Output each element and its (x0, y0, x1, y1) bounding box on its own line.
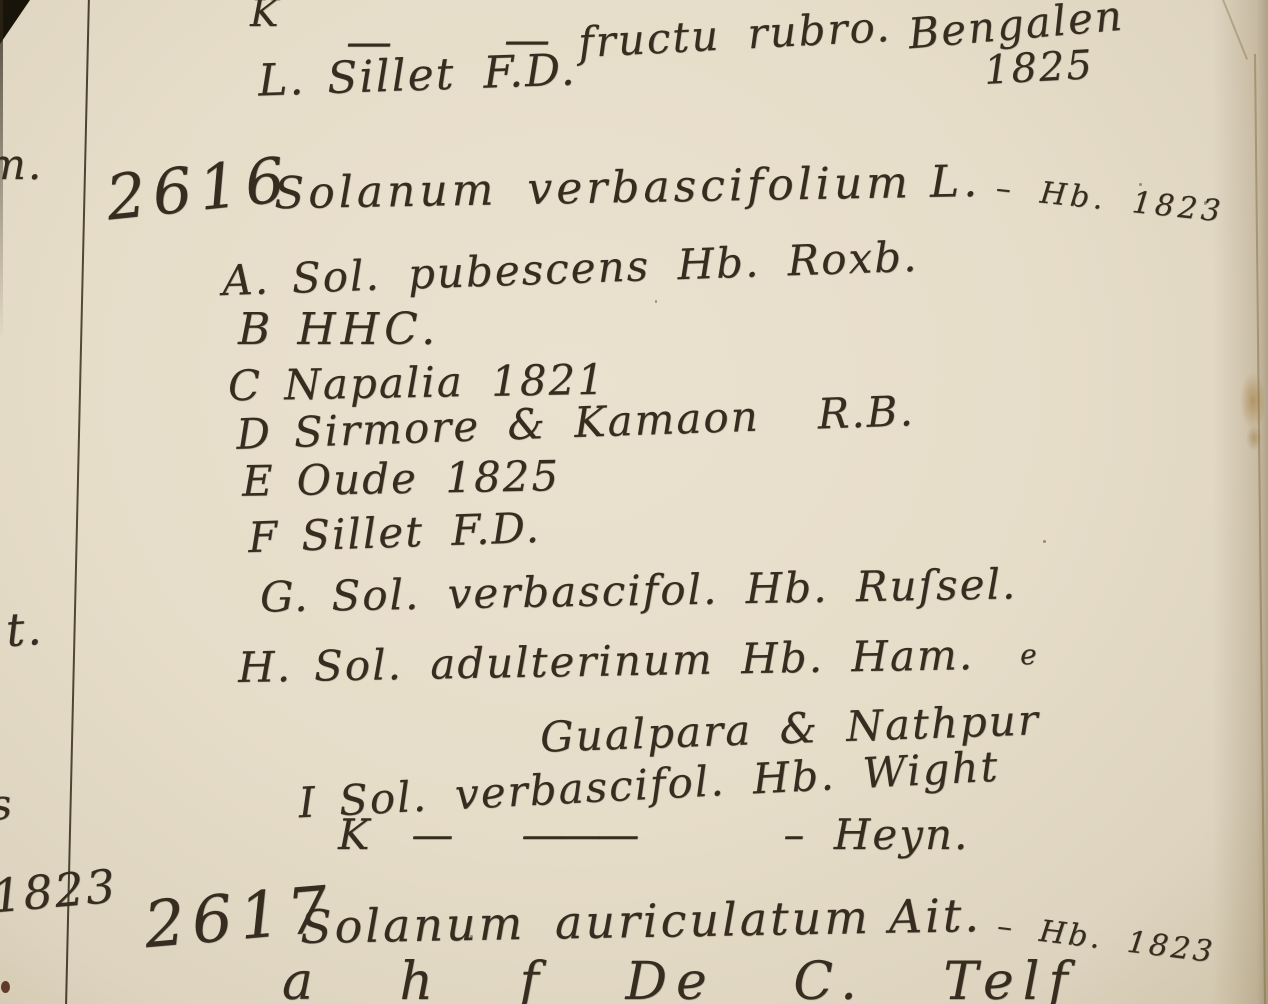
item-letter: H. (238, 642, 293, 692)
item-letter: E (242, 456, 276, 506)
entry-2616-number: 2616 (103, 148, 294, 229)
year: 1825 (983, 45, 1095, 91)
item-letter: K (338, 810, 371, 859)
entry-2616-item-g: G.Sol. verbascifol. Hb. Ruſsel. (260, 563, 1018, 618)
item-letter-l: L. (257, 54, 306, 107)
entry-2616-item-b: BHHC. (238, 308, 440, 352)
paper-stain (1246, 425, 1262, 451)
item-letter: B (238, 304, 275, 355)
ink-speck (1043, 540, 1046, 543)
item-letter: D (235, 409, 272, 459)
ditto-dash: ——— (521, 810, 635, 859)
paper-speck (1, 981, 10, 993)
item-text: Sol. pubescens Hb. Roxb. (291, 232, 919, 303)
item-letter: F (247, 512, 280, 562)
species-author: Ait. (888, 888, 982, 944)
entry-2617-title: Solanum auriculatumAit.– Hb. 1823 (300, 888, 1216, 950)
item-l-line: L.Sillet F.D. (257, 48, 577, 103)
item-text: Sillet F.D. (300, 503, 541, 560)
scan-corner-artifact (0, 0, 30, 44)
margin-fragment: s (0, 783, 16, 827)
item-text: Oude 1825 (296, 451, 560, 505)
item-letter-k: K (250, 0, 280, 32)
margin-fragment: t. (4, 605, 44, 653)
item-text: fructu rubro. (577, 6, 892, 64)
entry-2616-item-e: EOude 1825 (242, 455, 561, 503)
entry-2616-title: Solanum verbascifoliumL.– Hb. 1823 (274, 156, 1225, 217)
column-rule-line (65, 0, 90, 1004)
item-letter: A. (221, 255, 270, 306)
stray-mark: e (1020, 641, 1039, 669)
collector-initials: R.B. (817, 386, 916, 438)
entry-2616-item-a: A.Sol. pubescens Hb. Roxb. (221, 236, 919, 302)
ink-speck (655, 300, 657, 303)
species-name: Solanum verbascifolium (274, 157, 913, 219)
item-text: Sillet F.D. (326, 44, 577, 104)
collector-name: – Heyn. (783, 810, 969, 859)
item-text: Sol. adulterinum Hb. Ham. (314, 630, 975, 691)
item-text: Sol. verbascifol. Hb. Ruſsel. (331, 559, 1018, 620)
catalogue-page: m. t. s 1823 K — — fructu rubro. Bengale… (0, 0, 1268, 1004)
species-author: L. (929, 156, 981, 208)
margin-fragment: m. (0, 144, 43, 186)
entry-2616-item-f: FSillet F.D. (247, 507, 541, 559)
entry-2616-item-k: K————– Heyn. (338, 814, 969, 856)
item-letter: G. (260, 572, 310, 622)
herbarium-annotation: – Hb. 1823 (995, 174, 1226, 228)
species-name: Solanum auriculatum (300, 890, 872, 954)
paper-stain (1240, 372, 1266, 430)
ditto-dash: — (411, 810, 455, 859)
cut-off-line-fragment: a h f De C. Telf (282, 956, 1077, 1004)
item-letter: C (228, 361, 263, 411)
item-letter: I (297, 777, 318, 827)
margin-year: 1823 (0, 863, 119, 920)
entry-2616-item-h: H.Sol. adulterinum Hb. Ham.e (238, 633, 1039, 689)
item-text: HHC. (297, 304, 440, 355)
